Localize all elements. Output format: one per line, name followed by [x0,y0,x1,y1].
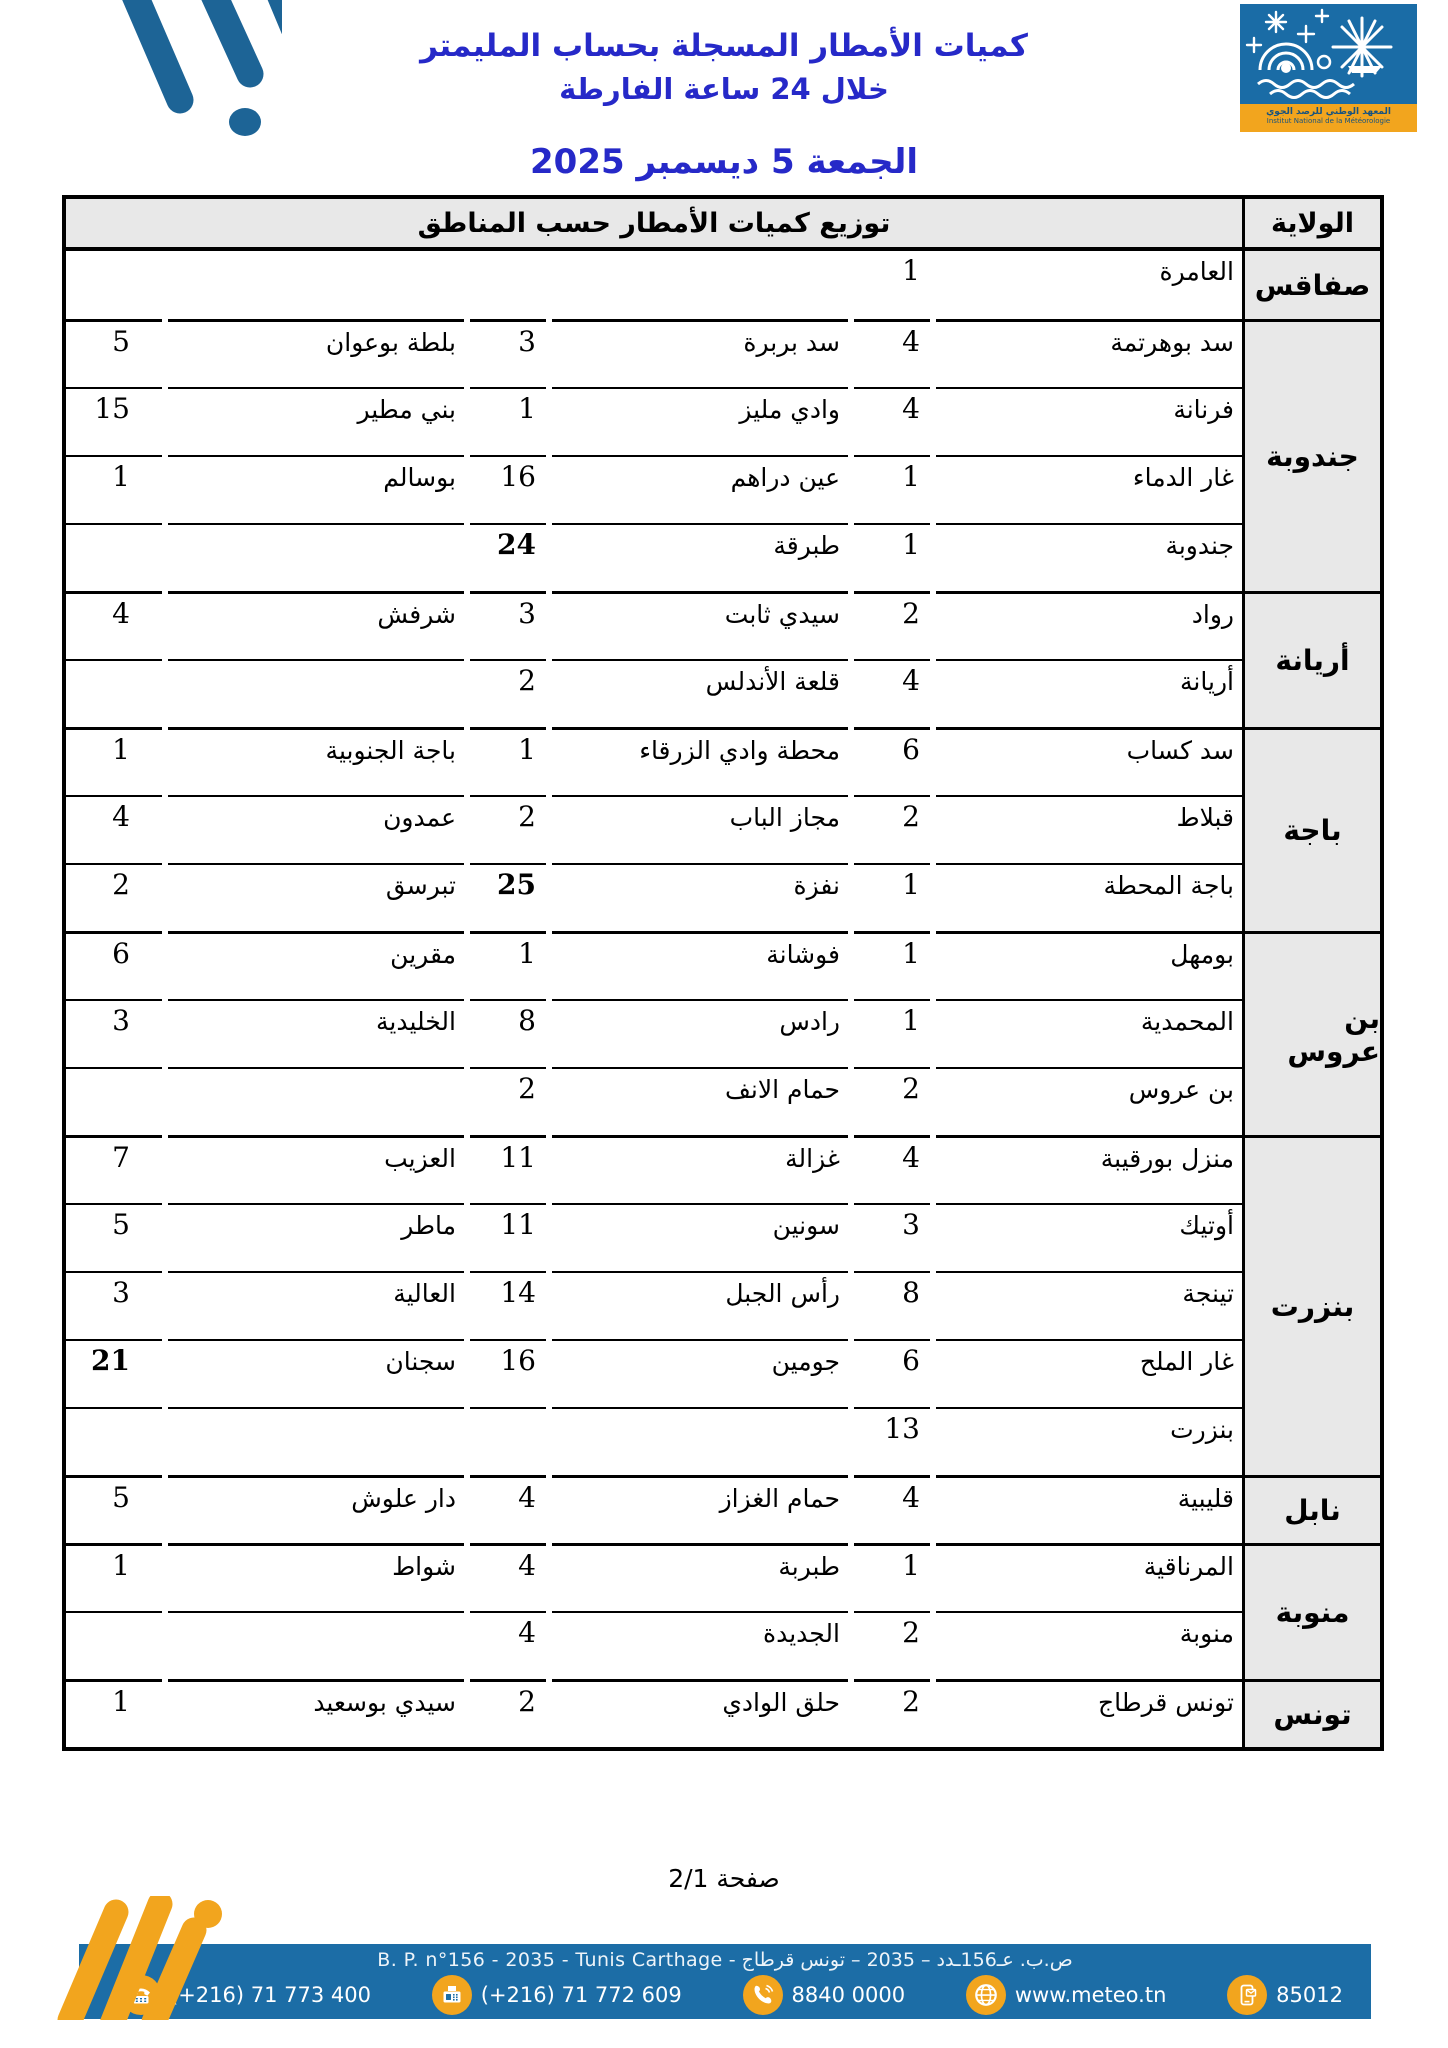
rain-value-cell: 4 [66,591,162,659]
rain-value-cell: 1 [66,1679,162,1747]
station-name-cell: غار الدماء [936,455,1242,523]
rain-value-cell: 1 [66,1543,162,1611]
table-row: باجة المحطة1نفزة25تبرسق2 [66,863,1242,931]
station-name-cell: جومين [552,1339,848,1407]
rain-value-cell: 8 [470,999,546,1067]
governorate-cell: أريانة [1245,591,1380,727]
table-row: أريانة4قلعة الأندلس2 [66,659,1242,727]
station-name-cell: حلق الوادي [552,1679,848,1747]
station-name-cell: وادي مليز [552,387,848,455]
governorate-cell: صفاقس [1245,251,1380,319]
rain-value-cell: 3 [66,1271,162,1339]
station-name-cell: غار الملح [936,1339,1242,1407]
station-name-cell: المرناقية [936,1543,1242,1611]
station-name-cell: بني مطير [168,387,464,455]
rain-value-cell: 4 [854,319,930,387]
rain-value-cell: 1 [470,387,546,455]
report-page: كميات الأمطار المسجلة بحساب المليمتر خلا… [0,0,1448,2048]
rain-value-cell: 6 [854,727,930,795]
table-row: تونس قرطاج2حلق الوادي2سيدي بوسعيد1 [66,1679,1242,1747]
governorate-cell: باجة [1245,727,1380,931]
footer-contacts: (+216) 71 773 400(+216) 71 772 6098840 0… [121,1975,1343,2015]
station-name-cell: تبرسق [168,863,464,931]
station-name-cell: العزيب [168,1135,464,1203]
sms-icon [1227,1975,1267,2015]
rainfall-table: الولاية صفاقسجندوبةأريانةباجةبن عروسبنزر… [62,195,1384,1751]
station-name-cell: فوشانة [552,931,848,999]
station-name-cell: باجة المحطة [936,863,1242,931]
station-name-cell: باجة الجنوبية [168,727,464,795]
station-name-cell: رواد [936,591,1242,659]
rain-value-cell: 3 [470,591,546,659]
table-row: جندوبة1طبرقة24 [66,523,1242,591]
rain-value-cell: 4 [854,387,930,455]
governorate-cell: نابل [1245,1475,1380,1543]
table-row: بن عروس2حمام الانف2 [66,1067,1242,1135]
rain-value-cell: 7 [66,1135,162,1203]
rain-value-cell: 13 [854,1407,930,1475]
rain-value-cell: 2 [854,1679,930,1747]
rain-value-cell: 4 [854,659,930,727]
table-row: غار الدماء1عين دراهم16بوسالم1 [66,455,1242,523]
table-row: غار الملح6جومين16سجنان21 [66,1339,1242,1407]
station-name-cell: غزالة [552,1135,848,1203]
rain-value-cell: 4 [470,1475,546,1543]
station-name-cell [168,659,464,727]
station-name-cell [168,523,464,591]
rain-value-cell: 11 [470,1203,546,1271]
rain-value-cell: 1 [66,727,162,795]
rain-value-cell: 25 [470,863,546,931]
table-row: رواد2سيدي ثابت3شرفش4 [66,591,1242,659]
station-name-cell: شواط [168,1543,464,1611]
station-name-cell [168,1407,464,1475]
report-title-line1: كميات الأمطار المسجلة بحساب المليمتر [0,28,1448,64]
footer-contact-text: 85012 [1276,1983,1343,2007]
station-name-cell: قلعة الأندلس [552,659,848,727]
rain-value-cell: 6 [854,1339,930,1407]
governorate-column: الولاية صفاقسجندوبةأريانةباجةبن عروسبنزر… [1242,199,1380,1747]
governorate-cell: بن عروس [1245,931,1380,1135]
rain-value-cell: 1 [854,999,930,1067]
report-title: كميات الأمطار المسجلة بحساب المليمتر خلا… [0,28,1448,106]
station-name-cell: بوسالم [168,455,464,523]
table-row: منوبة2الجديدة4 [66,1611,1242,1679]
station-name-cell: عين دراهم [552,455,848,523]
rain-value-cell: 6 [66,931,162,999]
station-name-cell: ماطر [168,1203,464,1271]
rain-value-cell: 5 [66,319,162,387]
station-name-cell: دار علوش [168,1475,464,1543]
rain-value-cell: 21 [66,1339,162,1407]
regions-columns: توزيع كميات الأمطار حسب المناطق العامرة1… [66,199,1242,1747]
station-name-cell: الجديدة [552,1611,848,1679]
rain-value-cell: 5 [66,1475,162,1543]
table-row: منزل بورقيبة4غزالة11العزيب7 [66,1135,1242,1203]
table-row: المرناقية1طبربة4شواط1 [66,1543,1242,1611]
station-name-cell: بومهل [936,931,1242,999]
table-row: قبلاط2مجاز الباب2عمدون4 [66,795,1242,863]
station-name-cell: فرنانة [936,387,1242,455]
station-name-cell: مجاز الباب [552,795,848,863]
station-name-cell: تينجة [936,1271,1242,1339]
rain-value-cell: 3 [66,999,162,1067]
station-name-cell: العامرة [936,251,1242,319]
station-name-cell: بن عروس [936,1067,1242,1135]
station-name-cell: سونين [552,1203,848,1271]
page-number: صفحة 2/1 [0,1864,1448,1893]
station-name-cell: أريانة [936,659,1242,727]
inm-logo-strip: المعهد الوطني للرصد الجوي Institut Natio… [1240,104,1417,132]
footer-stripes-decoration [56,1896,236,2020]
rain-value-cell: 1 [854,523,930,591]
governorate-cell: جندوبة [1245,319,1380,591]
table-row: بومهل1فوشانة1مقرين6 [66,931,1242,999]
rain-value-cell: 1 [854,1543,930,1611]
table-row: سد بوهرتمة4سد بربرة3بلطة بوعوان5 [66,319,1242,387]
station-name-cell: طبربة [552,1543,848,1611]
station-name-cell [168,1067,464,1135]
table-row: قليبية4حمام الغزاز4دار علوش5 [66,1475,1242,1543]
rain-value-cell: 1 [854,863,930,931]
rain-value-cell [66,1067,162,1135]
rain-value-cell: 2 [854,795,930,863]
inm-arabic-name: المعهد الوطني للرصد الجوي [1240,107,1417,117]
rain-value-cell: 2 [470,1679,546,1747]
footer-contact-text: 8840 0000 [792,1983,906,2007]
station-name-cell: أوتيك [936,1203,1242,1271]
rain-value-cell [470,1407,546,1475]
rain-value-cell [66,523,162,591]
station-name-cell: قليبية [936,1475,1242,1543]
table-row: أوتيك3سونين11ماطر5 [66,1203,1242,1271]
inm-logo: المعهد الوطني للرصد الجوي Institut Natio… [1240,4,1417,132]
footer-contact-text: (+216) 71 772 609 [481,1983,682,2007]
station-name-cell: سجنان [168,1339,464,1407]
rain-value-cell [66,659,162,727]
rain-value-cell: 4 [470,1543,546,1611]
station-name-cell: سيدي ثابت [552,591,848,659]
station-name-cell [552,251,848,319]
table-row: فرنانة4وادي مليز1بني مطير15 [66,387,1242,455]
rain-value-cell [66,251,162,319]
rain-value-cell: 11 [470,1135,546,1203]
rain-value-cell: 4 [66,795,162,863]
governorate-cell: تونس [1245,1679,1380,1747]
station-name-cell: محطة وادي الزرقاء [552,727,848,795]
rain-value-cell: 16 [470,455,546,523]
footer-contact-item: www.meteo.tn [966,1975,1167,2015]
call-center-icon [743,1975,783,2015]
station-name-cell [168,1611,464,1679]
rain-value-cell: 2 [66,863,162,931]
station-name-cell: شرفش [168,591,464,659]
station-name-cell: رأس الجبل [552,1271,848,1339]
footer-banner: ص.ب. عـ156ـدد – 2035 – تونس قرطاج - B. P… [79,1944,1371,2019]
rain-value-cell: 24 [470,523,546,591]
station-name-cell: حمام الانف [552,1067,848,1135]
station-name-cell: جندوبة [936,523,1242,591]
rain-value-cell: 1 [854,455,930,523]
table-row: سد كساب6محطة وادي الزرقاء1باجة الجنوبية1 [66,727,1242,795]
governorate-column-header: الولاية [1245,199,1380,251]
inm-emblem-icon [1240,4,1417,104]
rain-value-cell: 2 [470,659,546,727]
footer-contact-item: (+216) 71 772 609 [432,1975,682,2015]
station-name-cell: سيدي بوسعيد [168,1679,464,1747]
rain-value-cell [66,1611,162,1679]
rain-value-cell: 4 [470,1611,546,1679]
station-name-cell: المحمدية [936,999,1242,1067]
rain-value-cell: 2 [854,591,930,659]
station-name-cell: منزل بورقيبة [936,1135,1242,1203]
rain-value-cell: 8 [854,1271,930,1339]
rain-value-cell: 2 [854,1067,930,1135]
station-name-cell: الخليدية [168,999,464,1067]
station-name-cell: تونس قرطاج [936,1679,1242,1747]
station-name-cell: بنزرت [936,1407,1242,1475]
footer-contact-item: 85012 [1227,1975,1343,2015]
rain-value-cell: 1 [66,455,162,523]
footer-contact-item: 8840 0000 [743,1975,906,2015]
rain-value-cell: 4 [854,1475,930,1543]
station-name-cell: حمام الغزاز [552,1475,848,1543]
station-name-cell: رادس [552,999,848,1067]
rain-value-cell: 1 [854,931,930,999]
rain-value-cell: 1 [854,251,930,319]
station-name-cell: بلطة بوعوان [168,319,464,387]
rain-value-cell: 1 [470,931,546,999]
rain-value-cell: 15 [66,387,162,455]
distribution-header: توزيع كميات الأمطار حسب المناطق [66,199,1242,251]
station-name-cell: منوبة [936,1611,1242,1679]
governorate-cell: بنزرت [1245,1135,1380,1475]
station-name-cell: العالية [168,1271,464,1339]
rain-value-cell [66,1407,162,1475]
station-name-cell: نفزة [552,863,848,931]
report-date: الجمعة 5 ديسمبر 2025 [0,142,1448,182]
table-row: المحمدية1رادس8الخليدية3 [66,999,1242,1067]
footer-address: ص.ب. عـ156ـدد – 2035 – تونس قرطاج - B. P… [79,1949,1371,1971]
rain-value-cell [470,251,546,319]
rain-value-cell: 2 [854,1611,930,1679]
station-name-cell: عمدون [168,795,464,863]
station-name-cell: سد كساب [936,727,1242,795]
rain-value-cell: 3 [470,319,546,387]
rain-value-cell: 1 [470,727,546,795]
fax-icon [432,1975,472,2015]
rain-value-cell: 16 [470,1339,546,1407]
table-row: تينجة8رأس الجبل14العالية3 [66,1271,1242,1339]
table-row: العامرة1 [66,251,1242,319]
station-name-cell: سد بربرة [552,319,848,387]
rain-value-cell: 3 [854,1203,930,1271]
station-name-cell: قبلاط [936,795,1242,863]
rain-value-cell: 5 [66,1203,162,1271]
rain-value-cell: 2 [470,1067,546,1135]
station-name-cell [168,251,464,319]
report-title-line2: خلال 24 ساعة الفارطة [0,72,1448,106]
rain-value-cell: 14 [470,1271,546,1339]
globe-icon [966,1975,1006,2015]
governorate-cell: منوبة [1245,1543,1380,1679]
station-name-cell [552,1407,848,1475]
station-name-cell: سد بوهرتمة [936,319,1242,387]
footer-contact-text: www.meteo.tn [1015,1983,1167,2007]
table-row: بنزرت13 [66,1407,1242,1475]
station-name-cell: مقرين [168,931,464,999]
station-name-cell: طبرقة [552,523,848,591]
rain-value-cell: 2 [470,795,546,863]
inm-french-name: Institut National de la Météorologie [1240,117,1417,126]
rain-value-cell: 4 [854,1135,930,1203]
